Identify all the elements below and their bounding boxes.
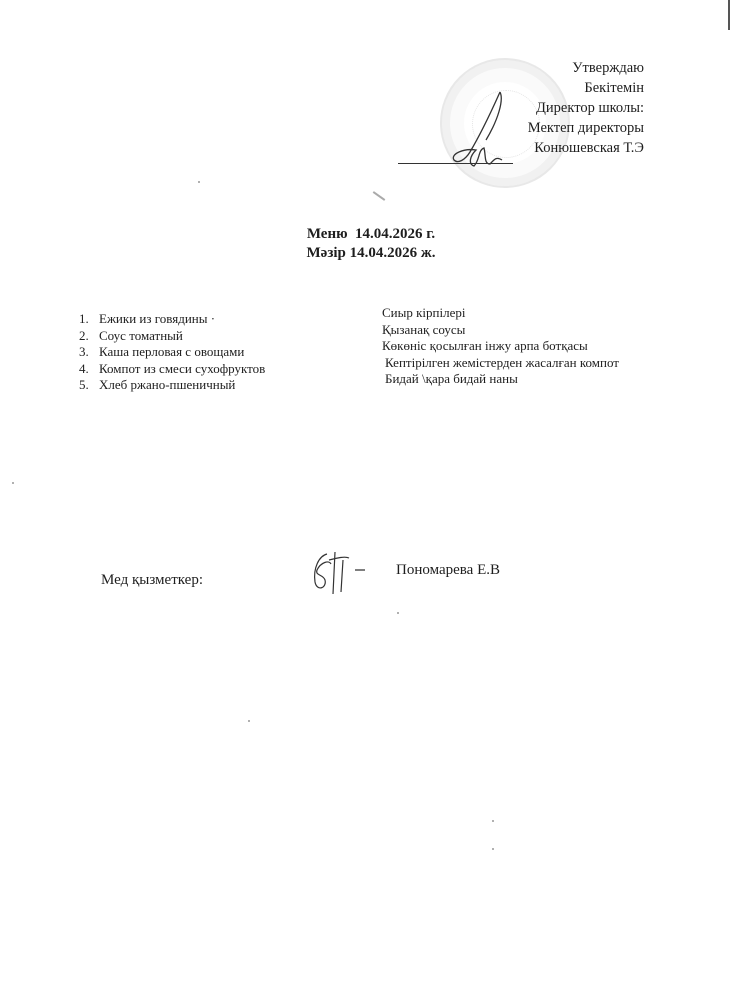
item-text: Каша перловая с овощами	[99, 344, 244, 361]
menu-title-ru: Меню 14.04.2026 г.	[0, 225, 732, 244]
medical-worker-signature	[305, 548, 375, 598]
item-text: Ежики из говядины ·	[99, 311, 215, 328]
item-number: 4.	[79, 361, 99, 378]
item-number: 2.	[79, 328, 99, 345]
speck	[492, 848, 494, 850]
list-item: Қызанақ соусы	[382, 322, 619, 339]
medical-worker-name: Пономарева Е.В	[396, 562, 500, 579]
list-item: Бидай \қара бидай наны	[385, 371, 619, 388]
menu-title-kz: Мәзір 14.04.2026 ж.	[0, 244, 732, 263]
speck	[397, 612, 399, 614]
item-text: Соус томатный	[99, 328, 183, 345]
scan-edge-line	[728, 0, 730, 30]
approval-line-director-ru: Директор школы:	[528, 98, 644, 118]
item-text: Компот из смеси сухофруктов	[99, 361, 265, 378]
approval-line-director-name: Конюшевская Т.Э	[528, 138, 644, 158]
list-item: Сиыр кірпілері	[382, 305, 619, 322]
list-item: Көкөніс қосылған інжу арпа ботқасы	[382, 338, 619, 355]
director-signature	[440, 90, 520, 175]
list-item: 3. Каша перловая с овощами	[79, 344, 265, 361]
approval-line-approve-ru: Утверждаю	[528, 58, 644, 78]
item-text: Хлеб ржано-пшеничный	[99, 377, 235, 394]
menu-title: Меню 14.04.2026 г. Мәзір 14.04.2026 ж.	[0, 225, 732, 263]
menu-list-ru: 1. Ежики из говядины · 2. Соус томатный …	[79, 311, 265, 394]
medical-worker-label: Мед қызметкер:	[101, 572, 203, 589]
stray-mark	[373, 191, 386, 201]
list-item: 2. Соус томатный	[79, 328, 265, 345]
approval-block: Утверждаю Бекітемін Директор школы: Мект…	[528, 58, 644, 158]
list-item: 1. Ежики из говядины ·	[79, 311, 265, 328]
menu-list-kz: Сиыр кірпілері Қызанақ соусы Көкөніс қос…	[382, 305, 619, 388]
speck	[198, 181, 200, 183]
item-number: 1.	[79, 311, 99, 328]
speck	[12, 482, 14, 484]
list-item: Кептірілген жемістерден жасалған компот	[385, 355, 619, 372]
speck	[492, 820, 494, 822]
item-number: 5.	[79, 377, 99, 394]
approval-line-approve-kz: Бекітемін	[528, 78, 644, 98]
list-item: 4. Компот из смеси сухофруктов	[79, 361, 265, 378]
speck	[248, 720, 250, 722]
list-item: 5. Хлеб ржано-пшеничный	[79, 377, 265, 394]
approval-line-director-kz: Мектеп директоры	[528, 118, 644, 138]
item-number: 3.	[79, 344, 99, 361]
